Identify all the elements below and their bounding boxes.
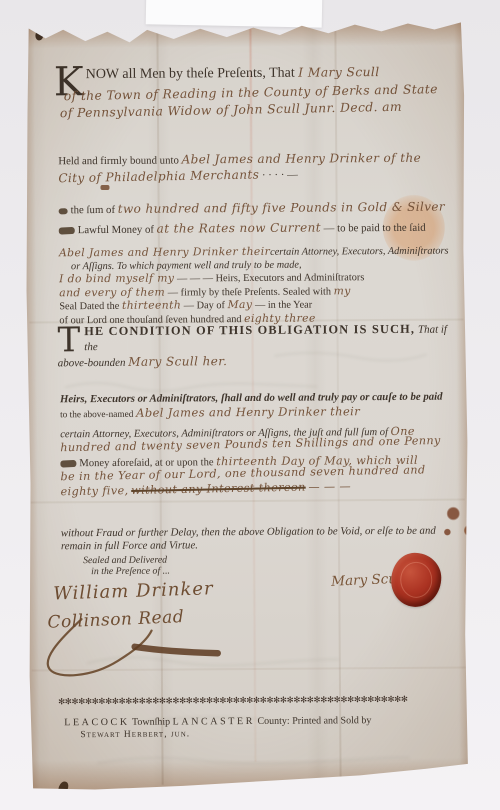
filler-dashes: — — — (308, 479, 351, 493)
ink-blot (59, 208, 68, 214)
printed-text: — to be paid to the ſaid (324, 222, 426, 235)
printed-text: in the Preſence of ... (91, 566, 170, 578)
printed-text: — Day of (184, 301, 225, 312)
printed-text: Held and firmly bound unto (58, 154, 179, 167)
paragraph-heirs: Heirs, Executors or Adminiſtrators, ſhal… (60, 390, 443, 423)
handwritten-text: eighty five, (60, 484, 128, 498)
handwritten-text: City of Philadelphia Merchants (58, 167, 259, 185)
printer-name: Stewart Herbert, jun. (80, 729, 190, 740)
wax-seal (391, 553, 441, 607)
printed-text: the ſum of (71, 204, 115, 216)
dropcap-t: T (57, 326, 80, 354)
printed-text: — firmly by theſe Preſents. Sealed with (168, 286, 331, 298)
handwritten-text: Abel James and Henry Drinker their (136, 404, 360, 420)
ornament-border: ✻✻✻✻✻✻✻✻✻✻✻✻✻✻✻✻✻✻✻✻✻✻✻✻✻✻✻✻✻✻✻✻✻✻✻✻✻✻✻✻… (58, 695, 446, 708)
paragraph-condition: T HE CONDITION OF THIS OBLIGATION IS SUC… (57, 322, 449, 372)
printer-imprint: LEACOCK Townſhip LANCASTER County: Print… (64, 715, 371, 728)
handwritten-text: thirteenth (122, 299, 181, 312)
imprint-county-caps: LANCASTER (173, 716, 255, 728)
handwritten-name: I Mary Scull (298, 65, 379, 80)
handwritten-text: two hundred and fifty five Pounds in Gol… (118, 200, 445, 216)
printed-text: Lawful Money of (78, 224, 154, 237)
imprint-text: County: (257, 716, 289, 727)
printed-text: Seal Dated the (59, 301, 119, 312)
handwritten-text: and every of them (59, 285, 165, 299)
handwritten-text: at the Rates now Current (157, 220, 321, 235)
signature-witness-william-drinker: William Drinker (53, 578, 214, 604)
printed-text: — in the Year (255, 300, 312, 311)
paper-tab-behind-document (146, 0, 323, 28)
printed-text: Heirs, Executors or Adminiſtrators, ſhal… (60, 391, 443, 406)
printed-text: HE CONDITION OF THIS OBLIGATION IS SUCH, (84, 322, 415, 338)
filler-dashes: · · · · — (262, 169, 298, 182)
printed-text: above-bounden (58, 357, 126, 369)
handwritten-text: Mary Scull her. (128, 354, 227, 369)
printed-text: or Aſſigns. To which payment well and tr… (71, 259, 302, 272)
printed-text: Sealed and Delivered (83, 555, 167, 567)
handwritten-text: May (228, 298, 253, 311)
ink-blot (60, 460, 76, 468)
ink-blot (59, 227, 75, 235)
handwritten-text: I do bind myself my (59, 272, 174, 286)
imprint-text: Printed and Sold by (292, 715, 371, 727)
printed-text: to the above-named (60, 410, 133, 421)
paragraph-void-clause: without Fraud or further Delay, then the… (61, 525, 436, 554)
paragraph-obligation: Abel James and Henry Drinker theircertai… (59, 245, 449, 328)
printed-text: remain in full Force and Virtue. (61, 540, 198, 553)
paragraph-bound-unto: Held and firmly bound unto Abel James an… (58, 150, 421, 189)
printed-text: certain Attorney, Executors, Adminiſtrat… (270, 246, 448, 258)
paragraph-opening: K NOW all Men by theſe Preſents, That I … (56, 63, 448, 123)
signature-flourish (39, 612, 280, 689)
paragraph-sum: the ſum of two hundred and fifty five Po… (59, 198, 446, 241)
attestation: Sealed and Delivered in the Preſence of … (83, 555, 170, 578)
handwritten-text: Abel James and Henry Drinker their (59, 245, 270, 259)
handwritten-text: my (334, 284, 351, 297)
printed-text: without Fraud or further Delay, then the… (61, 525, 436, 540)
paragraph-payment: certain Attorney, Executors, Adminiſtrat… (60, 425, 441, 500)
printed-text: NOW all Men by theſe Preſents, That (86, 66, 295, 82)
printed-text: — — — Heirs, Executors and Adminiſtrator… (177, 272, 364, 284)
imprint-text: Townſhip (132, 717, 170, 728)
document-paper: K NOW all Men by theſe Preſents, That I … (23, 18, 470, 791)
imprint-township-caps: LEACOCK (64, 717, 129, 728)
handwritten-struck-text: without any Interest thereon (131, 480, 306, 496)
document-content: K NOW all Men by theſe Preſents, That I … (23, 18, 470, 791)
